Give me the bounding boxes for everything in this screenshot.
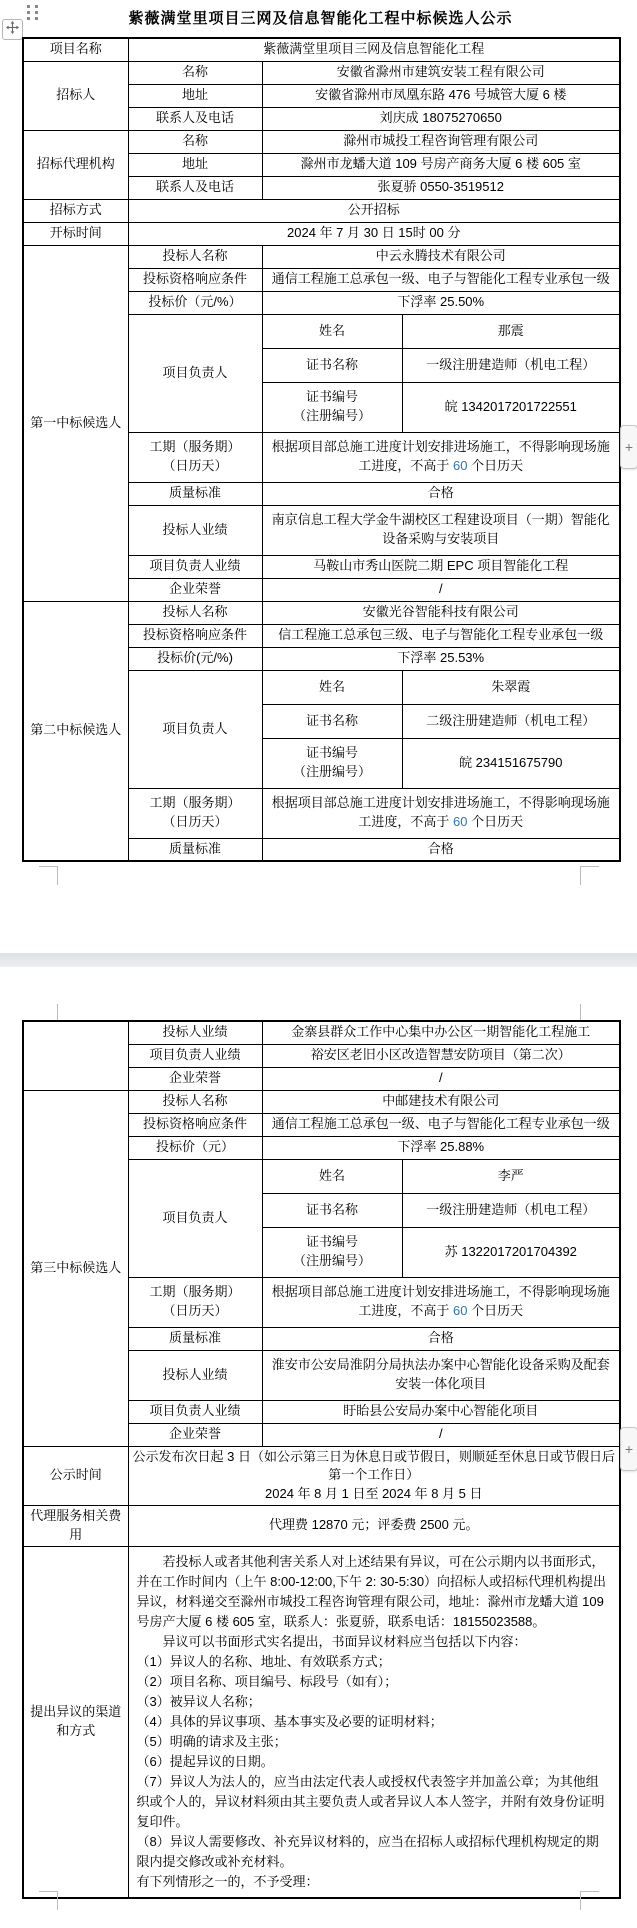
candidate3-cert-name: 一级注册建造师（机电工程） xyxy=(402,1193,620,1227)
manager-name-label: 姓名 xyxy=(262,670,402,704)
candidate1-cert-name: 一级注册建造师（机电工程） xyxy=(402,348,620,382)
bidder-name-label: 投标人名称 xyxy=(128,1090,262,1113)
candidate2-manager-achievement: 裕安区老旧小区改造智慧安防项目（第二次） xyxy=(262,1044,620,1067)
move-table-button[interactable] xyxy=(2,19,23,40)
duration-label: 工期（服务期） （日历天） xyxy=(128,788,262,838)
candidate1-honor: / xyxy=(262,578,620,601)
candidate3-bidder-achievement: 淮安市公安局淮阴分局执法办案中心智能化设备采购及配套安装一体化项目 xyxy=(262,1350,620,1400)
agency-addr-label: 地址 xyxy=(128,153,262,176)
candidate2-section-continuation xyxy=(23,1021,128,1090)
tenderer-label: 招标人 xyxy=(23,61,128,130)
page1-bottom-left-margin-mark xyxy=(39,866,58,885)
candidate2-bidder-achievement: 金寨县群众工作中心集中办公区一期智能化工程施工 xyxy=(262,1021,620,1044)
project-name-value: 紫薇满堂里项目三网及信息智能化工程 xyxy=(128,38,620,61)
tenderer-contact-label: 联系人及电话 xyxy=(128,107,262,130)
candidate2-cert-name: 二级注册建造师（机电工程） xyxy=(402,704,620,738)
agency-name-label: 名称 xyxy=(128,130,262,153)
quality-label: 质量标准 xyxy=(128,838,262,861)
manager-label: 项目负责人 xyxy=(128,314,262,432)
candidate2-duration: 根据项目部总施工进度计划安排进场施工，不得影响现场施工进度，不高于 60 个日历… xyxy=(262,788,620,838)
page2-bottom-left-margin-mark xyxy=(39,1891,58,1910)
table-row: 招标代理机构 名称 滁州市城投工程咨询管理有限公司 xyxy=(23,130,620,153)
add-row-button-top[interactable]: + xyxy=(620,425,637,469)
page-title: 紫薇满堂里项目三网及信息智能化工程中标候选人公示 xyxy=(22,7,619,28)
candidate2-cert-no: 皖 234151675790 xyxy=(402,738,620,788)
qualification-label: 投标资格响应条件 xyxy=(128,268,262,291)
objection-channel-content: 若投标人或者其他利害关系人对上述结果有异议，可在公示期内以书面形式，并在工作时间… xyxy=(128,1546,620,1898)
table-row: 第一中标候选人 投标人名称 中云永腾技术有限公司 xyxy=(23,245,620,268)
candidate2-price: 下浮率 25.53% xyxy=(262,647,620,670)
publicity-time-value: 公示发布次日起 3 日（如公示第三日为休息日或节假日，则顺延至休息日或节假日后第… xyxy=(128,1446,620,1506)
table-row: 项目名称 紫薇满堂里项目三网及信息智能化工程 xyxy=(23,38,620,61)
candidate3-bidder-name: 中邮建技术有限公司 xyxy=(262,1090,620,1113)
candidate2-section-label: 第二中标候选人 xyxy=(23,601,128,861)
page2-bottom-right-margin-mark xyxy=(580,1891,599,1910)
manager-name-label: 姓名 xyxy=(262,314,402,348)
candidate3-manager-name: 李严 xyxy=(402,1159,620,1193)
candidate1-manager-achievement: 马鞍山市秀山医院二期 EPC 项目智能化工程 xyxy=(262,555,620,578)
cert-no-label: 证书编号 （注册编号） xyxy=(262,738,402,788)
bidder-achievement-label: 投标人业绩 xyxy=(128,505,262,555)
agency-label: 招标代理机构 xyxy=(23,130,128,199)
honor-label: 企业荣誉 xyxy=(128,1067,262,1090)
price-label: 投标价（元/%） xyxy=(128,291,262,314)
table-row: 公示时间 公示发布次日起 3 日（如公示第三日为休息日或节假日，则顺延至休息日或… xyxy=(23,1446,620,1506)
notice-table-page2: 投标人业绩 金寨县群众工作中心集中办公区一期智能化工程施工 项目负责人业绩 裕安… xyxy=(22,1020,621,1899)
plus-icon: + xyxy=(625,439,633,455)
method-label: 招标方式 xyxy=(23,199,128,222)
duration-days-highlight: 60 xyxy=(453,458,467,473)
objection-channel-label: 提出异议的渠道和方式 xyxy=(23,1546,128,1898)
cert-no-label: 证书编号 （注册编号） xyxy=(262,1227,402,1277)
open-time-value: 2024 年 7 月 30 日 15时 00 分 xyxy=(128,222,620,245)
duration-label: 工期（服务期） （日历天） xyxy=(128,1277,262,1327)
table-row: 投标人业绩 金寨县群众工作中心集中办公区一期智能化工程施工 xyxy=(23,1021,620,1044)
table-row: 招标人 名称 安徽省滁州市建筑安装工程有限公司 xyxy=(23,61,620,84)
tenderer-addr-label: 地址 xyxy=(128,84,262,107)
manager-label: 项目负责人 xyxy=(128,1159,262,1277)
page1-bottom-right-margin-mark xyxy=(580,866,599,885)
table-row: 招标方式 公开招标 xyxy=(23,199,620,222)
candidate1-section-label: 第一中标候选人 xyxy=(23,245,128,601)
bidder-name-label: 投标人名称 xyxy=(128,601,262,624)
candidate3-section-label: 第三中标候选人 xyxy=(23,1090,128,1446)
table-row: 开标时间 2024 年 7 月 30 日 15时 00 分 xyxy=(23,222,620,245)
agency-contact-value: 张夏骄 0550-3519512 xyxy=(262,176,620,199)
candidate1-cert-no: 皖 1342017201722551 xyxy=(402,382,620,432)
bidder-achievement-label: 投标人业绩 xyxy=(128,1021,262,1044)
honor-label: 企业荣誉 xyxy=(128,1423,262,1446)
candidate1-quality: 合格 xyxy=(262,482,620,505)
cert-name-label: 证书名称 xyxy=(262,348,402,382)
candidate3-manager-achievement: 盱眙县公安局办案中心智能化项目 xyxy=(262,1400,620,1423)
candidate3-quality: 合格 xyxy=(262,1327,620,1350)
quality-label: 质量标准 xyxy=(128,482,262,505)
manager-achievement-label: 项目负责人业绩 xyxy=(128,555,262,578)
price-label: 投标价（元） xyxy=(128,1136,262,1159)
candidate2-qualification: 信工程施工总承包三级、电子与智能化工程专业承包一级 xyxy=(262,624,620,647)
candidate3-honor: / xyxy=(262,1423,620,1446)
bidder-name-label: 投标人名称 xyxy=(128,245,262,268)
tenderer-name-label: 名称 xyxy=(128,61,262,84)
method-value: 公开招标 xyxy=(128,199,620,222)
candidate1-duration: 根据项目部总施工进度计划安排进场施工，不得影响现场施工进度，不高于 60 个日历… xyxy=(262,432,620,482)
candidate1-qualification: 通信工程施工总承包一级、电子与智能化工程专业承包一级 xyxy=(262,268,620,291)
manager-name-label: 姓名 xyxy=(262,1159,402,1193)
agency-fee-label: 代理服务相关费用 xyxy=(23,1506,128,1547)
publicity-time-label: 公示时间 xyxy=(23,1446,128,1506)
project-name-label: 项目名称 xyxy=(23,38,128,61)
table-row: 第二中标候选人 投标人名称 安徽光谷智能科技有限公司 xyxy=(23,601,620,624)
candidate3-price: 下浮率 25.88% xyxy=(262,1136,620,1159)
candidate1-price: 下浮率 25.50% xyxy=(262,291,620,314)
notice-table-page1: 项目名称 紫薇满堂里项目三网及信息智能化工程 招标人 名称 安徽省滁州市建筑安装… xyxy=(22,37,621,862)
table-row: 第三中标候选人 投标人名称 中邮建技术有限公司 xyxy=(23,1090,620,1113)
tenderer-contact-value: 刘庆成 18075270650 xyxy=(262,107,620,130)
candidate1-manager-name: 那震 xyxy=(402,314,620,348)
price-label: 投标价(元/%) xyxy=(128,647,262,670)
cert-no-label: 证书编号 （注册编号） xyxy=(262,382,402,432)
table-row: 提出异议的渠道和方式 若投标人或者其他利害关系人对上述结果有异议，可在公示期内以… xyxy=(23,1546,620,1898)
manager-achievement-label: 项目负责人业绩 xyxy=(128,1400,262,1423)
plus-icon: + xyxy=(625,1441,633,1457)
cert-name-label: 证书名称 xyxy=(262,704,402,738)
candidate3-qualification: 通信工程施工总承包一级、电子与智能化工程专业承包一级 xyxy=(262,1113,620,1136)
agency-contact-label: 联系人及电话 xyxy=(128,176,262,199)
candidate2-honor: / xyxy=(262,1067,620,1090)
agency-addr-value: 滁州市龙蟠大道 109 号房产商务大厦 6 楼 605 室 xyxy=(262,153,620,176)
qualification-label: 投标资格响应条件 xyxy=(128,1113,262,1136)
bidder-achievement-label: 投标人业绩 xyxy=(128,1350,262,1400)
add-row-button-bottom[interactable]: + xyxy=(620,1427,637,1471)
move-arrows-icon xyxy=(6,21,19,39)
page-break-separator xyxy=(0,953,637,967)
candidate3-cert-no: 苏 1322017201704392 xyxy=(402,1227,620,1277)
quality-label: 质量标准 xyxy=(128,1327,262,1350)
table-row: 代理服务相关费用 代理费 12870 元；评委费 2500 元。 xyxy=(23,1506,620,1547)
open-time-label: 开标时间 xyxy=(23,222,128,245)
candidate1-bidder-achievement: 南京信息工程大学金牛湖校区工程建设项目（一期）智能化设备采购与安装项目 xyxy=(262,505,620,555)
candidate2-quality: 合格 xyxy=(262,838,620,861)
manager-achievement-label: 项目负责人业绩 xyxy=(128,1044,262,1067)
agency-fee-value: 代理费 12870 元；评委费 2500 元。 xyxy=(128,1506,620,1547)
candidate2-bidder-name: 安徽光谷智能科技有限公司 xyxy=(262,601,620,624)
duration-label: 工期（服务期） （日历天） xyxy=(128,432,262,482)
candidate2-manager-name: 朱翠霞 xyxy=(402,670,620,704)
manager-label: 项目负责人 xyxy=(128,670,262,788)
tenderer-addr-value: 安徽省滁州市凤凰东路 476 号城管大厦 6 楼 xyxy=(262,84,620,107)
duration-days-highlight: 60 xyxy=(453,1303,467,1318)
candidate3-duration: 根据项目部总施工进度计划安排进场施工，不得影响现场施工进度，不高于 60 个日历… xyxy=(262,1277,620,1327)
candidate1-bidder-name: 中云永腾技术有限公司 xyxy=(262,245,620,268)
honor-label: 企业荣誉 xyxy=(128,578,262,601)
duration-days-highlight: 60 xyxy=(453,814,467,829)
agency-name-value: 滁州市城投工程咨询管理有限公司 xyxy=(262,130,620,153)
tenderer-name-value: 安徽省滁州市建筑安装工程有限公司 xyxy=(262,61,620,84)
qualification-label: 投标资格响应条件 xyxy=(128,624,262,647)
cert-name-label: 证书名称 xyxy=(262,1193,402,1227)
